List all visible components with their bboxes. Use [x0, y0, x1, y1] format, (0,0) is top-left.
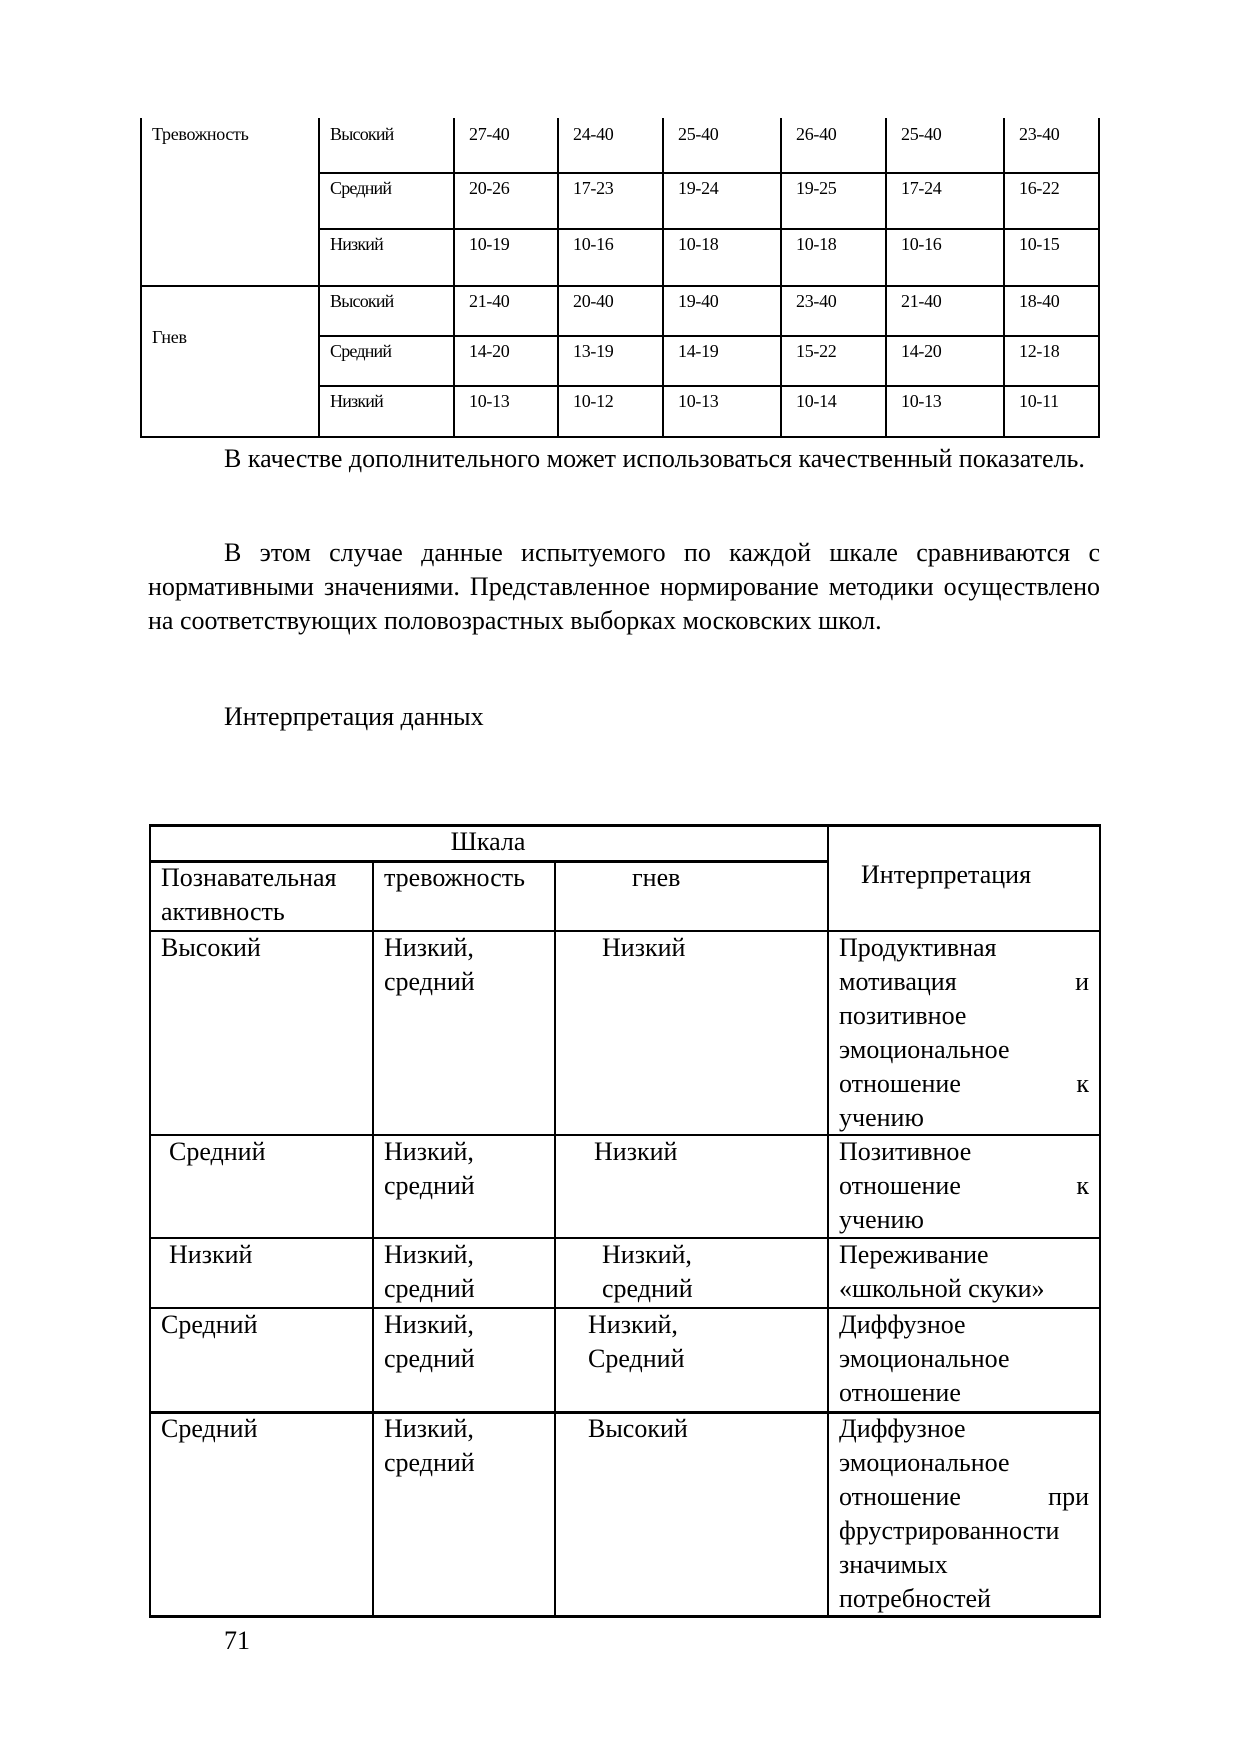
norm-range-cell: 10-13 — [469, 391, 510, 411]
norm-range-cell: 24-40 — [573, 124, 614, 144]
table-gridline — [780, 118, 782, 438]
scale-name-cell: Гнев — [152, 327, 187, 347]
norm-range-cell: 10-11 — [1019, 391, 1059, 411]
norm-range-cell: 10-18 — [796, 234, 837, 254]
norm-range-cell: 10-16 — [573, 234, 614, 254]
norm-range-cell: 14-19 — [678, 341, 719, 361]
level-cell: Низкий — [330, 234, 383, 254]
table-gridline — [1099, 824, 1101, 1617]
table-gridline — [318, 118, 320, 438]
section-heading: Интерпретация данных — [224, 700, 484, 734]
norm-range-cell: 19-40 — [678, 291, 719, 311]
level-cell: Средний — [330, 341, 391, 361]
header-anxiety: тревожность — [384, 861, 525, 895]
interpretation-cell: Позитивноеотношениекучению — [839, 1135, 1089, 1237]
cognitive-activity-cell: Средний — [161, 1308, 258, 1342]
norm-range-cell: 23-40 — [796, 291, 837, 311]
paragraph-norms-comparison: В этом случае данные испытуемого по кажд… — [148, 536, 1100, 638]
table-gridline — [557, 118, 559, 438]
cognitive-activity-cell: Высокий — [161, 931, 261, 965]
norm-range-cell: 10-15 — [1019, 234, 1060, 254]
paragraph-qualitative-indicator: В качестве дополнительного может использ… — [148, 442, 1100, 476]
norm-range-cell: 14-20 — [901, 341, 942, 361]
norm-range-cell: 17-23 — [573, 178, 614, 198]
anger-cell: Низкий, средний — [602, 1238, 752, 1306]
interpretation-cell: Продуктивнаямотивацияипозитивноеэмоциона… — [839, 931, 1089, 1135]
norm-range-cell: 19-25 — [796, 178, 837, 198]
norm-range-cell: 10-18 — [678, 234, 719, 254]
norm-range-cell: 26-40 — [796, 124, 837, 144]
norm-range-cell: 10-19 — [469, 234, 510, 254]
norm-range-cell: 18-40 — [1019, 291, 1060, 311]
table-gridline — [827, 824, 829, 1617]
table-gridline — [140, 285, 1100, 287]
norm-range-cell: 25-40 — [901, 124, 942, 144]
table-gridline — [318, 335, 1100, 337]
anger-cell: Низкий — [602, 931, 752, 965]
cognitive-activity-cell: Средний — [161, 1412, 258, 1446]
table-gridline — [885, 118, 887, 438]
cognitive-activity-cell: Средний — [169, 1135, 266, 1169]
table-gridline — [1098, 118, 1100, 438]
norm-range-cell: 25-40 — [678, 124, 719, 144]
cognitive-activity-cell: Низкий — [169, 1238, 252, 1272]
interpretation-cell: Переживание«школьной скуки» — [839, 1238, 1089, 1306]
norm-range-cell: 13-19 — [573, 341, 614, 361]
norm-range-cell: 14-20 — [469, 341, 510, 361]
table-gridline — [140, 118, 142, 438]
header-cognitive-activity: Познавательная активность — [161, 861, 370, 929]
norm-range-cell: 20-40 — [573, 291, 614, 311]
norm-range-cell: 10-13 — [901, 391, 942, 411]
norm-range-cell: 21-40 — [901, 291, 942, 311]
page-number: 71 — [224, 1624, 250, 1658]
interpretation-cell: Диффузноеэмоциональноеотношение — [839, 1308, 1089, 1410]
norm-range-cell: 21-40 — [469, 291, 510, 311]
level-cell: Высокий — [330, 124, 394, 144]
norm-range-cell: 10-12 — [573, 391, 614, 411]
norm-range-cell: 10-14 — [796, 391, 837, 411]
scale-name-cell: Тревожность — [152, 124, 249, 144]
table-gridline — [140, 436, 1100, 438]
level-cell: Средний — [330, 178, 391, 198]
interpretation-cell: Диффузноеэмоциональноеотношениеприфрустр… — [839, 1412, 1089, 1616]
table-gridline — [318, 228, 1100, 230]
table-gridline — [453, 118, 455, 438]
norm-range-cell: 10-16 — [901, 234, 942, 254]
norm-range-cell: 17-24 — [901, 178, 942, 198]
anxiety-cell: Низкий, средний — [384, 1412, 534, 1480]
norm-range-cell: 20-26 — [469, 178, 510, 198]
table-gridline — [1003, 118, 1005, 438]
header-scale-group: Шкала — [149, 825, 827, 859]
anger-cell: Низкий — [594, 1135, 744, 1169]
norm-range-cell: 16-22 — [1019, 178, 1060, 198]
header-anger: гнев — [632, 861, 680, 895]
table-gridline — [318, 172, 1100, 174]
norm-range-cell: 27-40 — [469, 124, 510, 144]
anxiety-cell: Низкий, средний — [384, 1135, 534, 1203]
level-cell: Низкий — [330, 391, 383, 411]
norm-range-cell: 19-24 — [678, 178, 719, 198]
norm-range-cell: 23-40 — [1019, 124, 1060, 144]
norm-range-cell: 15-22 — [796, 341, 837, 361]
table-gridline — [662, 118, 664, 438]
level-cell: Высокий — [330, 291, 394, 311]
header-interpretation: Интерпретация — [861, 858, 1031, 892]
norm-range-cell: 10-13 — [678, 391, 719, 411]
table-gridline — [318, 385, 1100, 387]
anxiety-cell: Низкий, средний — [384, 1308, 534, 1376]
anxiety-cell: Низкий, средний — [384, 931, 534, 999]
anger-cell: Низкий, Средний — [588, 1308, 738, 1376]
norm-range-cell: 12-18 — [1019, 341, 1060, 361]
paragraph-text: В качестве дополнительного может использ… — [224, 444, 1085, 473]
paragraph-text: В этом случае данные испытуемого по кажд… — [148, 538, 1100, 635]
anxiety-cell: Низкий, средний — [384, 1238, 534, 1306]
anger-cell: Высокий — [588, 1412, 738, 1446]
table-gridline — [149, 824, 151, 1617]
